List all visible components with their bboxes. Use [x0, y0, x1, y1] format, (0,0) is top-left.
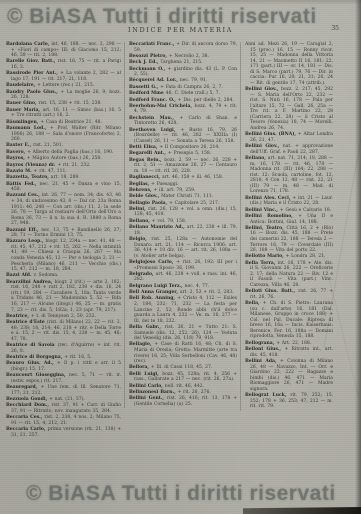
index-entry: Beaucourt Gioseggina, nec. 5, 71 — rit. …: [6, 373, 121, 384]
scan-edge-bar: [243, 507, 361, 514]
index-entry: Bella Terra, int. 16, 178 + Ale. dis. il…: [245, 261, 333, 289]
index-entry: Bavero, + Alberto della Paglia (bas.) 16…: [6, 150, 121, 156]
index-entry: Bellograt Luck, rit. 79, 252; 15, 252; 1…: [245, 393, 333, 410]
index-entry: Bazzani Ces., int. 26, 77 — nom. 34; dis…: [6, 193, 121, 226]
book-gutter-shadow: [355, 0, 361, 514]
index-entry: Belloni Gius., + Ritratto int., art. dis…: [245, 347, 333, 358]
index-entry: Belloti Gius. Batt., rist. 26, 77 + rit.…: [245, 289, 333, 300]
index-entry: Belini, rist. 26, 128 + vol. a omn. (dis…: [129, 207, 237, 218]
index-entry: Bellano Maurizio Ad., art. 22, 238 + ill…: [129, 225, 237, 236]
index-entry: Bassetti G., + Fata di Campra 26, 2, 7.: [129, 85, 237, 91]
index-entry: Bearzilini Andrea, biogr. 2 (rit.) — art…: [6, 280, 121, 313]
index-entry: Belgrano Luigi Terz., nec. 4, 77.: [129, 284, 237, 290]
index-column-1: Bardolana Carlo, int. 46, 188. — nec. 2,…: [6, 42, 124, 439]
index-entry: Barelle Giov. Batt., rist. 16, 75 — rit.…: [6, 59, 121, 70]
index-entry: Beauro Gius. Ad., + Il p. i vitti e arr.…: [6, 361, 121, 372]
index-entry: Bellini Carlo, nell. rit. 46, 442.: [129, 384, 237, 390]
index-entry: Bäumlingen, + Casa di Beatrice 21, 48.: [6, 120, 121, 126]
index-entry: Bedford Mme 46, C. Diete (rall.) 5, 7.: [129, 91, 237, 97]
index-entry: Bazzetta, Teatro, art. 18, 289.: [6, 175, 121, 181]
index-columns: Bardolana Carlo, int. 46, 188. — nec. 2,…: [6, 42, 336, 439]
index-entry: Bazato M. + rit. 47, 111.: [6, 169, 121, 175]
index-entry: Bell Anna Granger, art. 2, 53 + rit. 2, …: [129, 290, 237, 296]
index-entry: Beccaria Ces., rist. 2, 238, 4 nos. 2; M…: [6, 415, 121, 426]
index-entry: Beckmann O., + giardino dis. 43 (L. P. C…: [129, 67, 237, 78]
index-column-2: Beccariati Franc., + Dir. di ancora dors…: [124, 42, 240, 408]
index-entry: Baxter E., rist. 21, 501.: [6, 143, 121, 149]
index-entry: Beatrice, + t. di Tennyson 2, 50, 232.: [6, 314, 121, 320]
index-entry: Bella Gabr., rist. 26, 21 + Tutto 21: S.…: [129, 325, 237, 342]
page-number: 35: [331, 25, 339, 32]
index-entry: Beauregard, + Une fem. di Ill. Senatore …: [6, 385, 121, 396]
index-entry: Bardolana Carlo, int. 46, 188. — nec. 2,…: [6, 42, 121, 59]
index-entry: Bauer Gino, rist. 15, 238 + rit. 15, 238…: [6, 101, 121, 107]
index-entry: Bechstein Mau., + Carlo di Shan. e Tinto…: [129, 116, 237, 127]
watermark-bottom: © BiASA Tutti i diritti riservati: [26, 482, 336, 506]
index-entry: Bàzzaro Leop., biogr. 12, 234a — nec. 41…: [6, 239, 121, 272]
index-entry: Bedford Franc. O., + Dis. per dielle 2, …: [129, 98, 237, 104]
index-entry: Bellora, + Ill. di Cassi 118, 45, 27.: [129, 365, 237, 371]
index-entry: Bellotto Mario, + Londra 28, 21.: [245, 254, 333, 260]
index-entry: Baglianecci, art. 46, 158 + ill. 46, 158…: [129, 175, 237, 181]
index-entry: Baudelaire, + Lettere (rec.) 21, 215.: [6, 83, 121, 89]
index-entry: Baumann Lod., + Prof. Walter (Ritr. Mila…: [6, 126, 121, 143]
index-entry: Bayros (Vienna) dr. + rit. 21, 232.: [6, 163, 121, 169]
index-entry: Bellini Giov., bozz. 2, 217; 45, 292 — S…: [245, 87, 333, 131]
index-entry: Becchiard Dom., rist. 37, 91 + Carr. di …: [6, 403, 121, 414]
index-entry: Bellograna, + Art. 22, 188.: [245, 341, 333, 347]
index-entry: Bassirode Pier Ant., + La volante 2, 282…: [6, 71, 121, 82]
index-entry: Beck J. Ed., Targhena 21, 215.: [129, 60, 237, 66]
index-entry: Bella, + Ch. di S. Pietro: Laurana (su c…: [245, 301, 333, 340]
index-entry: Bellini Vinc., + Gesù e Calvario 18.: [245, 208, 333, 214]
index-entry: Bellini Gent., rist. 26, 416; rit. 13, 1…: [129, 396, 237, 407]
index-entry: Beethoven Luigi, + Busto 16, 79, 26 (Bou…: [129, 128, 237, 145]
scanned-index-page: © BiASA Tutti i diritti riservati INDICE…: [0, 0, 361, 514]
index-entry: Bellini Gius. (BNA), + Altar Londra 26, …: [245, 132, 333, 143]
page-header: INDICE PER MATERIA 35: [0, 26, 361, 34]
index-entry: Bazzani Eff., nec. 13, 75 + Bandinello 2…: [6, 228, 121, 239]
index-entry: Begas Rein., bozz. 2, 59 — nec. 26, 228 …: [129, 158, 237, 175]
index-entry: Beatrice d'Este (rist. di Milano) 22, 22…: [6, 320, 121, 342]
index-entry: Bellini Ales. Ceci, + int. 21 — Laur. (d…: [245, 196, 333, 207]
index-entry: Behrens, + ill. art. 79, 259.: [129, 188, 237, 194]
index-entry: Bell Rob. Anning, + Cristo 4, 112 — Exil…: [129, 296, 237, 324]
index-entry: Beglias, + Paesaggi.: [129, 182, 237, 188]
index-entry: Belgiojoso Carlo, + rist. 26, 192: III p…: [129, 260, 237, 271]
index-entry: Beatrice di Borgogna, + rit. 16, 5.: [6, 355, 121, 361]
index-entry: Bellano, + vol. 79, 158.: [129, 219, 237, 225]
index-entry: Bellagio, + Case di Ratti 16, 48; Ch. di…: [129, 342, 237, 364]
index-entry: Bezzuola Gondi, + nat. (21, 57).: [6, 397, 121, 403]
index-entry: Bellano, art. nat. 71, 214; 18, 288 — m.…: [245, 156, 333, 195]
index-entry: Bellini Ada, + Colonna di Milano 26, 48 …: [245, 359, 333, 392]
index-entry: Bazzi Afd. v. Sodoma.: [6, 273, 121, 279]
index-entry: Belinzonesi Barn., + rit. 26, 276.: [129, 390, 237, 396]
index-entry: Bellini Giov., nat. + approvazione dell'…: [245, 144, 333, 155]
index-entry: Bellagio Paola, + Capitolare 25, 217.: [129, 201, 237, 207]
index-entry: Belde Giov., Mater Christi 71, 111.: [129, 194, 237, 200]
index-entry: Bellini Romolino, + Una II e Antica: Bot…: [245, 214, 333, 225]
index-entry: Bàttis Fed., nec. 21, 45 + Danza e vino …: [6, 182, 121, 193]
index-entry: Beccaria Carlo, prima versione (rit. 21,…: [6, 427, 121, 438]
index-entry: Baudry Paolo Gius., + La moglie 26, 9; b…: [6, 90, 121, 101]
index-entry: Begarelli Ant., + Presepio 5, 158.: [129, 151, 237, 157]
page-title: INDICE PER MATERIA: [0, 26, 361, 34]
index-entry: Bauer Maria, art. 16, 11 — Simec (bas.) …: [6, 108, 121, 119]
index-entry: Beatrice di Savoia (rec. d'Aguirre) + in…: [6, 343, 121, 354]
index-entry: Beerbohm-Mai Crichela, bozz. 4, 79 + rit…: [129, 104, 237, 115]
index-column-3: Anni ad. Mezi 26, 19 — Caragial 2, 15 (p…: [240, 42, 336, 411]
index-entry: Belgrado, art. 46, 238 + voll. e rass. i…: [129, 272, 237, 283]
index-entry: Anni ad. Mezi 26, 19 — Caragial 2, 15 (p…: [245, 42, 333, 86]
index-entry: Besozzi Pietro, + Necrolio 2, 38.: [129, 54, 237, 60]
index-entry: Betti Elisa, + Il Compositore 26, 214.: [129, 145, 237, 151]
index-entry: Beccariati Franc., + Dir. di ancora dors…: [129, 42, 237, 53]
index-entry: Bayros, + Mágico Autore (bas.) 26, 258.: [6, 156, 121, 162]
index-entry: Belli Luigi, bozz. 45, 128a; rit. 4, 256…: [129, 372, 237, 383]
index-entry: Belgio, rist. 25, 128a — Autonomie del D…: [129, 237, 237, 259]
index-entry: Bécquerel Ad. Lor., nec. 79, 91.: [129, 78, 237, 84]
